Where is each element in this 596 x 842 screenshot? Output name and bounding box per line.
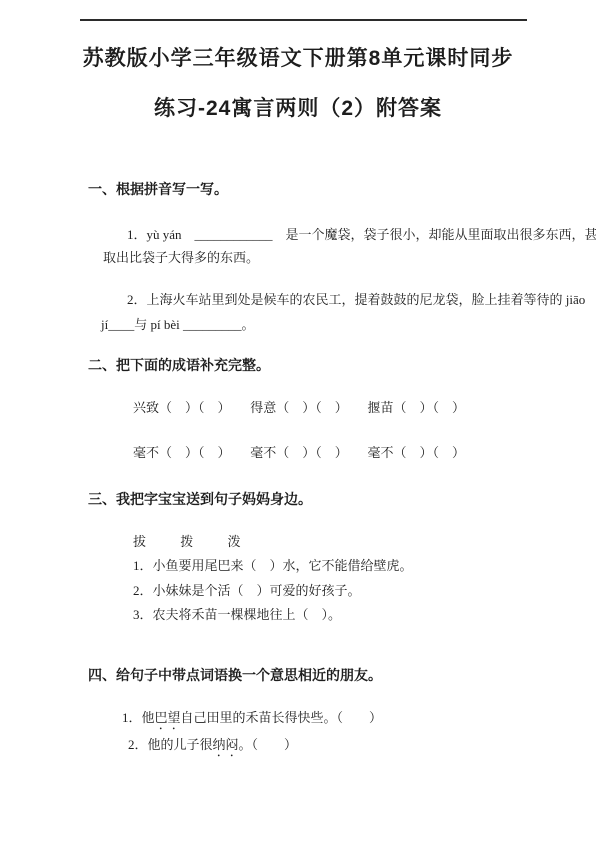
- page-title-line1: 苏教版小学三年级语文下册第8单元课时同步: [0, 46, 596, 72]
- pinyin-item-2-line-1: 2．上海火车站里到处是候车的农民工，提着鼓鼓的尼龙袋，脸上挂着等待的 jiāo: [127, 292, 585, 308]
- worksheet-page: 苏教版小学三年级语文下册第8单元课时同步 练习-24寓言两则（2）附答案 一、根…: [0, 0, 596, 842]
- pinyin-item-1-line-2: 取出比袋子大得多的东西。: [103, 250, 259, 266]
- synonym-sentence-2: 2．他的儿子很纳闷。（ ）: [128, 737, 297, 760]
- sentence-pre: 1．他: [122, 710, 155, 725]
- section-two-heading: 二、把下面的成语补充完整。: [88, 357, 270, 373]
- pinyin-item-2-line-2: jí____与 pí bèi _________。: [101, 317, 254, 333]
- section-four-heading: 四、给句子中带点词语换一个意思相近的朋友。: [88, 667, 382, 683]
- emphasized-word: 纳闷: [213, 737, 239, 752]
- char-option-ba: 拔: [133, 534, 177, 550]
- idiom-blank-2: 得意（ ）（ ）: [250, 400, 364, 416]
- char-option-po: 泼: [228, 534, 272, 550]
- sentence-post: 自己田里的禾苗长得快些。（ ）: [181, 710, 383, 725]
- synonym-sentence-1: 1．他巴望自己田里的禾苗长得快些。（ ）: [122, 710, 382, 733]
- fill-blank-sentence-2: 2．小妹妹是个活（ ）可爱的好孩子。: [133, 583, 361, 599]
- fill-blank-sentence-3: 3．农夫将禾苗一棵棵地往上（ ）。: [133, 607, 341, 623]
- idiom-blank-4: 毫不（ ）（ ）: [133, 445, 247, 461]
- idiom-blank-5: 毫不（ ）（ ）: [250, 445, 364, 461]
- idiom-row-1: 兴致（ ）（ ） 得意（ ）（ ） 揠苗（ ）（ ）: [133, 400, 482, 416]
- fill-blank-sentence-1: 1．小鱼要用尾巴来（ ）水，它不能借给壁虎。: [133, 558, 413, 574]
- pinyin-item-1-line-1: 1．yù yán ____________ 是一个魔袋，袋子很小，却能从里面取出…: [127, 227, 596, 243]
- idiom-blank-6: 毫不（ ）（ ）: [368, 445, 482, 461]
- idiom-blank-3: 揠苗（ ）（ ）: [368, 400, 482, 416]
- emphasized-word: 巴望: [155, 710, 181, 725]
- idiom-blank-1: 兴致（ ）（ ）: [133, 400, 247, 416]
- page-title-line2: 练习-24寓言两则（2）附答案: [0, 96, 596, 122]
- sentence-pre: 2．他的儿子很: [128, 737, 213, 752]
- top-rule-divider: [80, 19, 527, 21]
- char-option-bo: 拨: [180, 534, 224, 550]
- character-options-row: 拔 拨 泼: [133, 534, 272, 550]
- section-one-heading: 一、根据拼音写一写。: [88, 181, 228, 197]
- sentence-post: 。（ ）: [239, 737, 298, 752]
- section-three-heading: 三、我把字宝宝送到句子妈妈身边。: [88, 491, 312, 507]
- idiom-row-2: 毫不（ ）（ ） 毫不（ ）（ ） 毫不（ ）（ ）: [133, 445, 482, 461]
